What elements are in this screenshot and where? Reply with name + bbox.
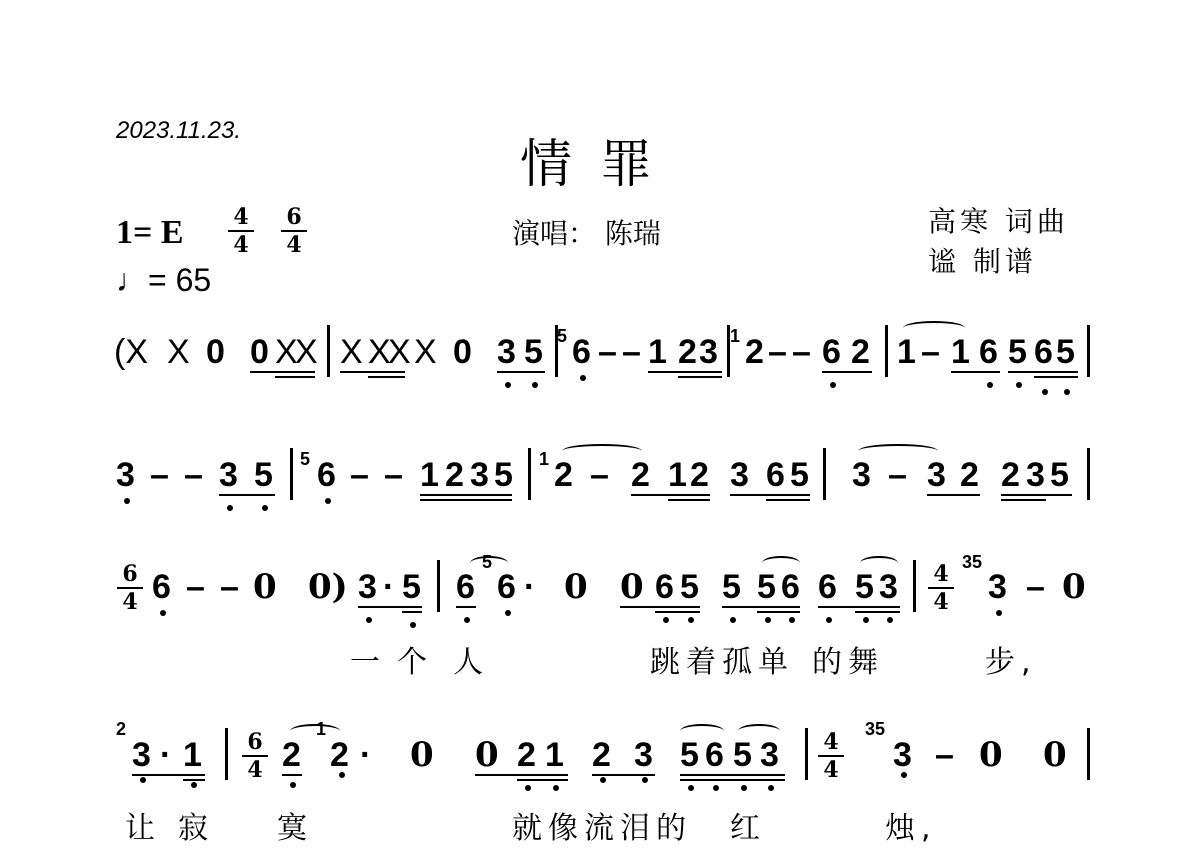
- note: 6: [705, 738, 724, 772]
- grace-note: 2: [116, 720, 126, 738]
- beam-underline: [822, 371, 872, 373]
- note: X: [414, 335, 437, 369]
- beam-underline: [183, 779, 205, 781]
- beam-underline: [219, 494, 275, 496]
- note: 3: [893, 738, 912, 772]
- slur: [470, 556, 508, 570]
- note: 5: [1050, 458, 1069, 492]
- note: 2: [690, 458, 709, 492]
- note: 0: [620, 570, 644, 604]
- note: –: [350, 458, 369, 492]
- note: 3: [497, 335, 516, 369]
- octave-dot: [160, 610, 166, 616]
- octave-dot: [1042, 389, 1048, 395]
- beam-underline: [368, 376, 405, 378]
- octave-dot: [663, 617, 669, 623]
- note: 2: [745, 335, 764, 369]
- note: 1: [951, 335, 970, 369]
- note: 6: [818, 570, 837, 604]
- lyric: 的舞: [812, 637, 884, 681]
- octave-dot: [505, 610, 511, 616]
- note: 0: [475, 738, 499, 772]
- grace-note: 1: [730, 327, 740, 345]
- beam-underline: [282, 774, 302, 776]
- octave-dot: [887, 617, 893, 623]
- note: 0: [410, 738, 434, 772]
- beam-underline: [358, 606, 422, 608]
- lyric: 就像流泪的: [512, 803, 692, 847]
- grace-note: 5: [300, 450, 310, 468]
- note: 5: [402, 570, 421, 604]
- note: 2: [631, 458, 650, 492]
- singer-credit: 演唱： 陈瑞: [512, 212, 661, 252]
- barline: [1087, 448, 1090, 500]
- time-signature-4-4: 44: [228, 205, 254, 257]
- note: X: [167, 335, 190, 369]
- note: 5: [855, 570, 874, 604]
- octave-dot: [580, 375, 586, 381]
- lyric: 跳着孤单: [650, 637, 794, 681]
- beam-underline: [855, 611, 900, 613]
- lyric: 寂: [178, 803, 214, 847]
- octave-dot: [262, 505, 268, 511]
- barline: [913, 560, 916, 612]
- beam-underline: [456, 606, 476, 608]
- transcriber-credit: 谧 制谱: [928, 240, 1037, 280]
- lyric: 红: [730, 803, 766, 847]
- barline: [823, 448, 826, 500]
- note: –: [184, 458, 203, 492]
- note: 2: [678, 335, 697, 369]
- time-signature-6-4: 64: [281, 205, 307, 257]
- lyric: 步,: [985, 637, 1037, 681]
- note: 5: [680, 738, 699, 772]
- barline: [290, 448, 293, 500]
- note: 1: [183, 738, 202, 772]
- note: 5: [733, 738, 752, 772]
- note: 2: [445, 458, 464, 492]
- slur: [290, 724, 340, 738]
- note: 5: [722, 570, 741, 604]
- note: ·: [383, 570, 394, 604]
- beam-underline: [757, 611, 800, 613]
- note: 6: [456, 570, 475, 604]
- time-signature: 44: [928, 562, 954, 614]
- note: –: [888, 458, 907, 492]
- note: 3: [699, 335, 718, 369]
- note: 2: [851, 335, 870, 369]
- slur: [762, 556, 800, 570]
- note: 2: [330, 738, 349, 772]
- barline: [1087, 325, 1090, 377]
- octave-dot: [505, 382, 511, 388]
- octave-dot: [1016, 382, 1022, 388]
- note: 2: [554, 458, 573, 492]
- beam-underline: [420, 499, 512, 501]
- quarter-note-icon: ♩: [116, 262, 148, 298]
- note: 6: [497, 570, 516, 604]
- note: 5: [757, 570, 776, 604]
- lyric: 个: [397, 637, 433, 681]
- note: 5: [1008, 335, 1027, 369]
- octave-dot: [713, 785, 719, 791]
- octave-dot: [863, 617, 869, 623]
- barline: [225, 728, 228, 780]
- octave-dot: [996, 610, 1002, 616]
- note: 5: [790, 458, 809, 492]
- slur: [680, 724, 724, 738]
- beam-underline: [678, 376, 722, 378]
- octave-dot: [642, 777, 648, 783]
- note: –: [1026, 570, 1045, 604]
- note: 2: [592, 738, 611, 772]
- octave-dot: [730, 617, 736, 623]
- note: 2: [282, 738, 301, 772]
- note: 6: [822, 335, 841, 369]
- note: –: [935, 738, 954, 772]
- note: 0: [253, 570, 277, 604]
- note: 6: [152, 570, 171, 604]
- octave-dot: [765, 617, 771, 623]
- time-signature: 64: [242, 730, 268, 782]
- note: 2: [517, 738, 536, 772]
- beam-underline: [475, 774, 568, 776]
- note: 6: [979, 335, 998, 369]
- note: 0): [308, 570, 348, 604]
- slur: [738, 724, 780, 738]
- octave-dot: [366, 617, 372, 623]
- beam-underline: [766, 499, 810, 501]
- lyric: 一: [350, 637, 386, 681]
- note: 2: [1001, 458, 1020, 492]
- slur: [860, 556, 898, 570]
- note: 1: [420, 458, 439, 492]
- octave-dot: [789, 617, 795, 623]
- octave-dot: [830, 382, 836, 388]
- beam-underline: [517, 779, 568, 781]
- note: 3: [132, 738, 151, 772]
- beam-underline: [680, 774, 785, 776]
- time-signature: 44: [818, 730, 844, 782]
- note: 3: [988, 570, 1007, 604]
- note: –: [384, 458, 403, 492]
- note: 1: [545, 738, 564, 772]
- octave-dot: [290, 782, 296, 788]
- beam-underline: [250, 371, 315, 373]
- barline: [805, 728, 808, 780]
- note: 3: [358, 570, 377, 604]
- note: –: [186, 570, 205, 604]
- note: 0: [453, 335, 472, 369]
- note: –: [150, 458, 169, 492]
- note: 3: [1026, 458, 1045, 492]
- grace-note: 1: [539, 450, 549, 468]
- note: 3: [879, 570, 898, 604]
- note: (X: [114, 335, 148, 369]
- lyric: 让: [125, 803, 161, 847]
- slur: [562, 444, 642, 458]
- note: 0: [250, 335, 269, 369]
- octave-dot: [339, 772, 345, 778]
- octave-dot: [741, 785, 747, 791]
- note: 3: [219, 458, 238, 492]
- note: 2: [960, 458, 979, 492]
- octave-dot: [124, 498, 130, 504]
- note: 6: [655, 570, 674, 604]
- note: –: [768, 335, 787, 369]
- note: –: [590, 458, 609, 492]
- octave-dot: [768, 785, 774, 791]
- note: 6: [317, 458, 336, 492]
- beam-underline: [420, 494, 512, 496]
- beam-underline: [927, 494, 980, 496]
- beam-underline: [275, 376, 315, 378]
- lyric: 人: [453, 637, 489, 681]
- note: 6: [1034, 335, 1053, 369]
- beam-underline: [648, 371, 722, 373]
- note: 3: [470, 458, 489, 492]
- octave-dot: [987, 382, 993, 388]
- beam-underline: [1034, 376, 1078, 378]
- barline: [885, 325, 888, 377]
- beam-underline: [1001, 494, 1072, 496]
- octave-dot: [227, 505, 233, 511]
- grace-note: 35: [865, 720, 885, 738]
- grace-note: 35: [962, 553, 982, 571]
- octave-dot: [688, 785, 694, 791]
- octave-dot: [140, 777, 146, 783]
- beam-underline: [1001, 499, 1046, 501]
- beam-underline: [722, 606, 800, 608]
- date: 2023.11.23.: [116, 117, 241, 145]
- octave-dot: [525, 785, 531, 791]
- beam-underline: [402, 611, 422, 613]
- note: 6: [766, 458, 785, 492]
- note: 3: [730, 458, 749, 492]
- note: 1: [897, 335, 916, 369]
- note: 1: [648, 335, 667, 369]
- barline: [437, 560, 440, 612]
- octave-dot: [826, 617, 832, 623]
- beam-underline: [668, 499, 710, 501]
- beam-underline: [340, 371, 405, 373]
- note: –: [622, 335, 641, 369]
- note: 3: [116, 458, 135, 492]
- octave-dot: [553, 785, 559, 791]
- song-title: 情罪: [520, 122, 680, 197]
- note: 1: [668, 458, 687, 492]
- beam-underline: [680, 779, 785, 781]
- octave-dot: [532, 382, 538, 388]
- note: 5: [494, 458, 513, 492]
- beam-underline: [655, 611, 700, 613]
- time-signature: 64: [117, 562, 143, 614]
- barline: [327, 325, 330, 377]
- beam-underline: [951, 371, 1000, 373]
- octave-dot: [901, 772, 907, 778]
- note: –: [220, 570, 239, 604]
- beam-underline: [132, 774, 205, 776]
- note: 6: [572, 335, 591, 369]
- note: –: [792, 335, 811, 369]
- slur: [858, 444, 938, 458]
- note: 5: [254, 458, 273, 492]
- beam-underline: [592, 774, 655, 776]
- note: 0: [206, 335, 225, 369]
- note: 0: [1043, 738, 1067, 772]
- beam-underline: [1008, 371, 1078, 373]
- note: 5: [1056, 335, 1075, 369]
- barline: [1087, 728, 1090, 780]
- beam-underline: [631, 494, 710, 496]
- note: 3: [634, 738, 653, 772]
- beam-underline: [620, 606, 700, 608]
- octave-dot: [600, 777, 606, 783]
- lyric: 烛,: [885, 803, 937, 847]
- beam-underline: [497, 371, 545, 373]
- octave-dot: [1064, 389, 1070, 395]
- note: 3: [760, 738, 779, 772]
- octave-dot: [410, 622, 416, 628]
- note: –: [598, 335, 617, 369]
- note: 6: [781, 570, 800, 604]
- note: X: [388, 335, 411, 369]
- octave-dot: [191, 782, 197, 788]
- slur: [903, 321, 965, 335]
- octave-dot: [688, 617, 694, 623]
- note: 3: [927, 458, 946, 492]
- note: 0: [979, 738, 1003, 772]
- note: 5: [680, 570, 699, 604]
- barline: [528, 448, 531, 500]
- octave-dot: [464, 617, 470, 623]
- beam-underline: [730, 494, 810, 496]
- note: 0: [564, 570, 588, 604]
- lyricist-composer-credit: 高寒 词曲: [928, 200, 1069, 240]
- beam-underline: [818, 606, 900, 608]
- octave-dot: [325, 498, 331, 504]
- note: 3: [852, 458, 871, 492]
- note: ·: [524, 570, 535, 604]
- note: X: [340, 335, 363, 369]
- note: ·: [360, 738, 371, 772]
- lyric: 寞: [277, 803, 313, 847]
- note: ·: [160, 738, 171, 772]
- note: 5: [524, 335, 543, 369]
- note: –: [921, 335, 940, 369]
- note: X: [295, 335, 318, 369]
- key-signature: 1= E: [116, 214, 184, 252]
- grace-note: 5: [557, 327, 567, 345]
- note: 0: [1062, 570, 1086, 604]
- tempo-marking: ♩= 65: [116, 262, 211, 299]
